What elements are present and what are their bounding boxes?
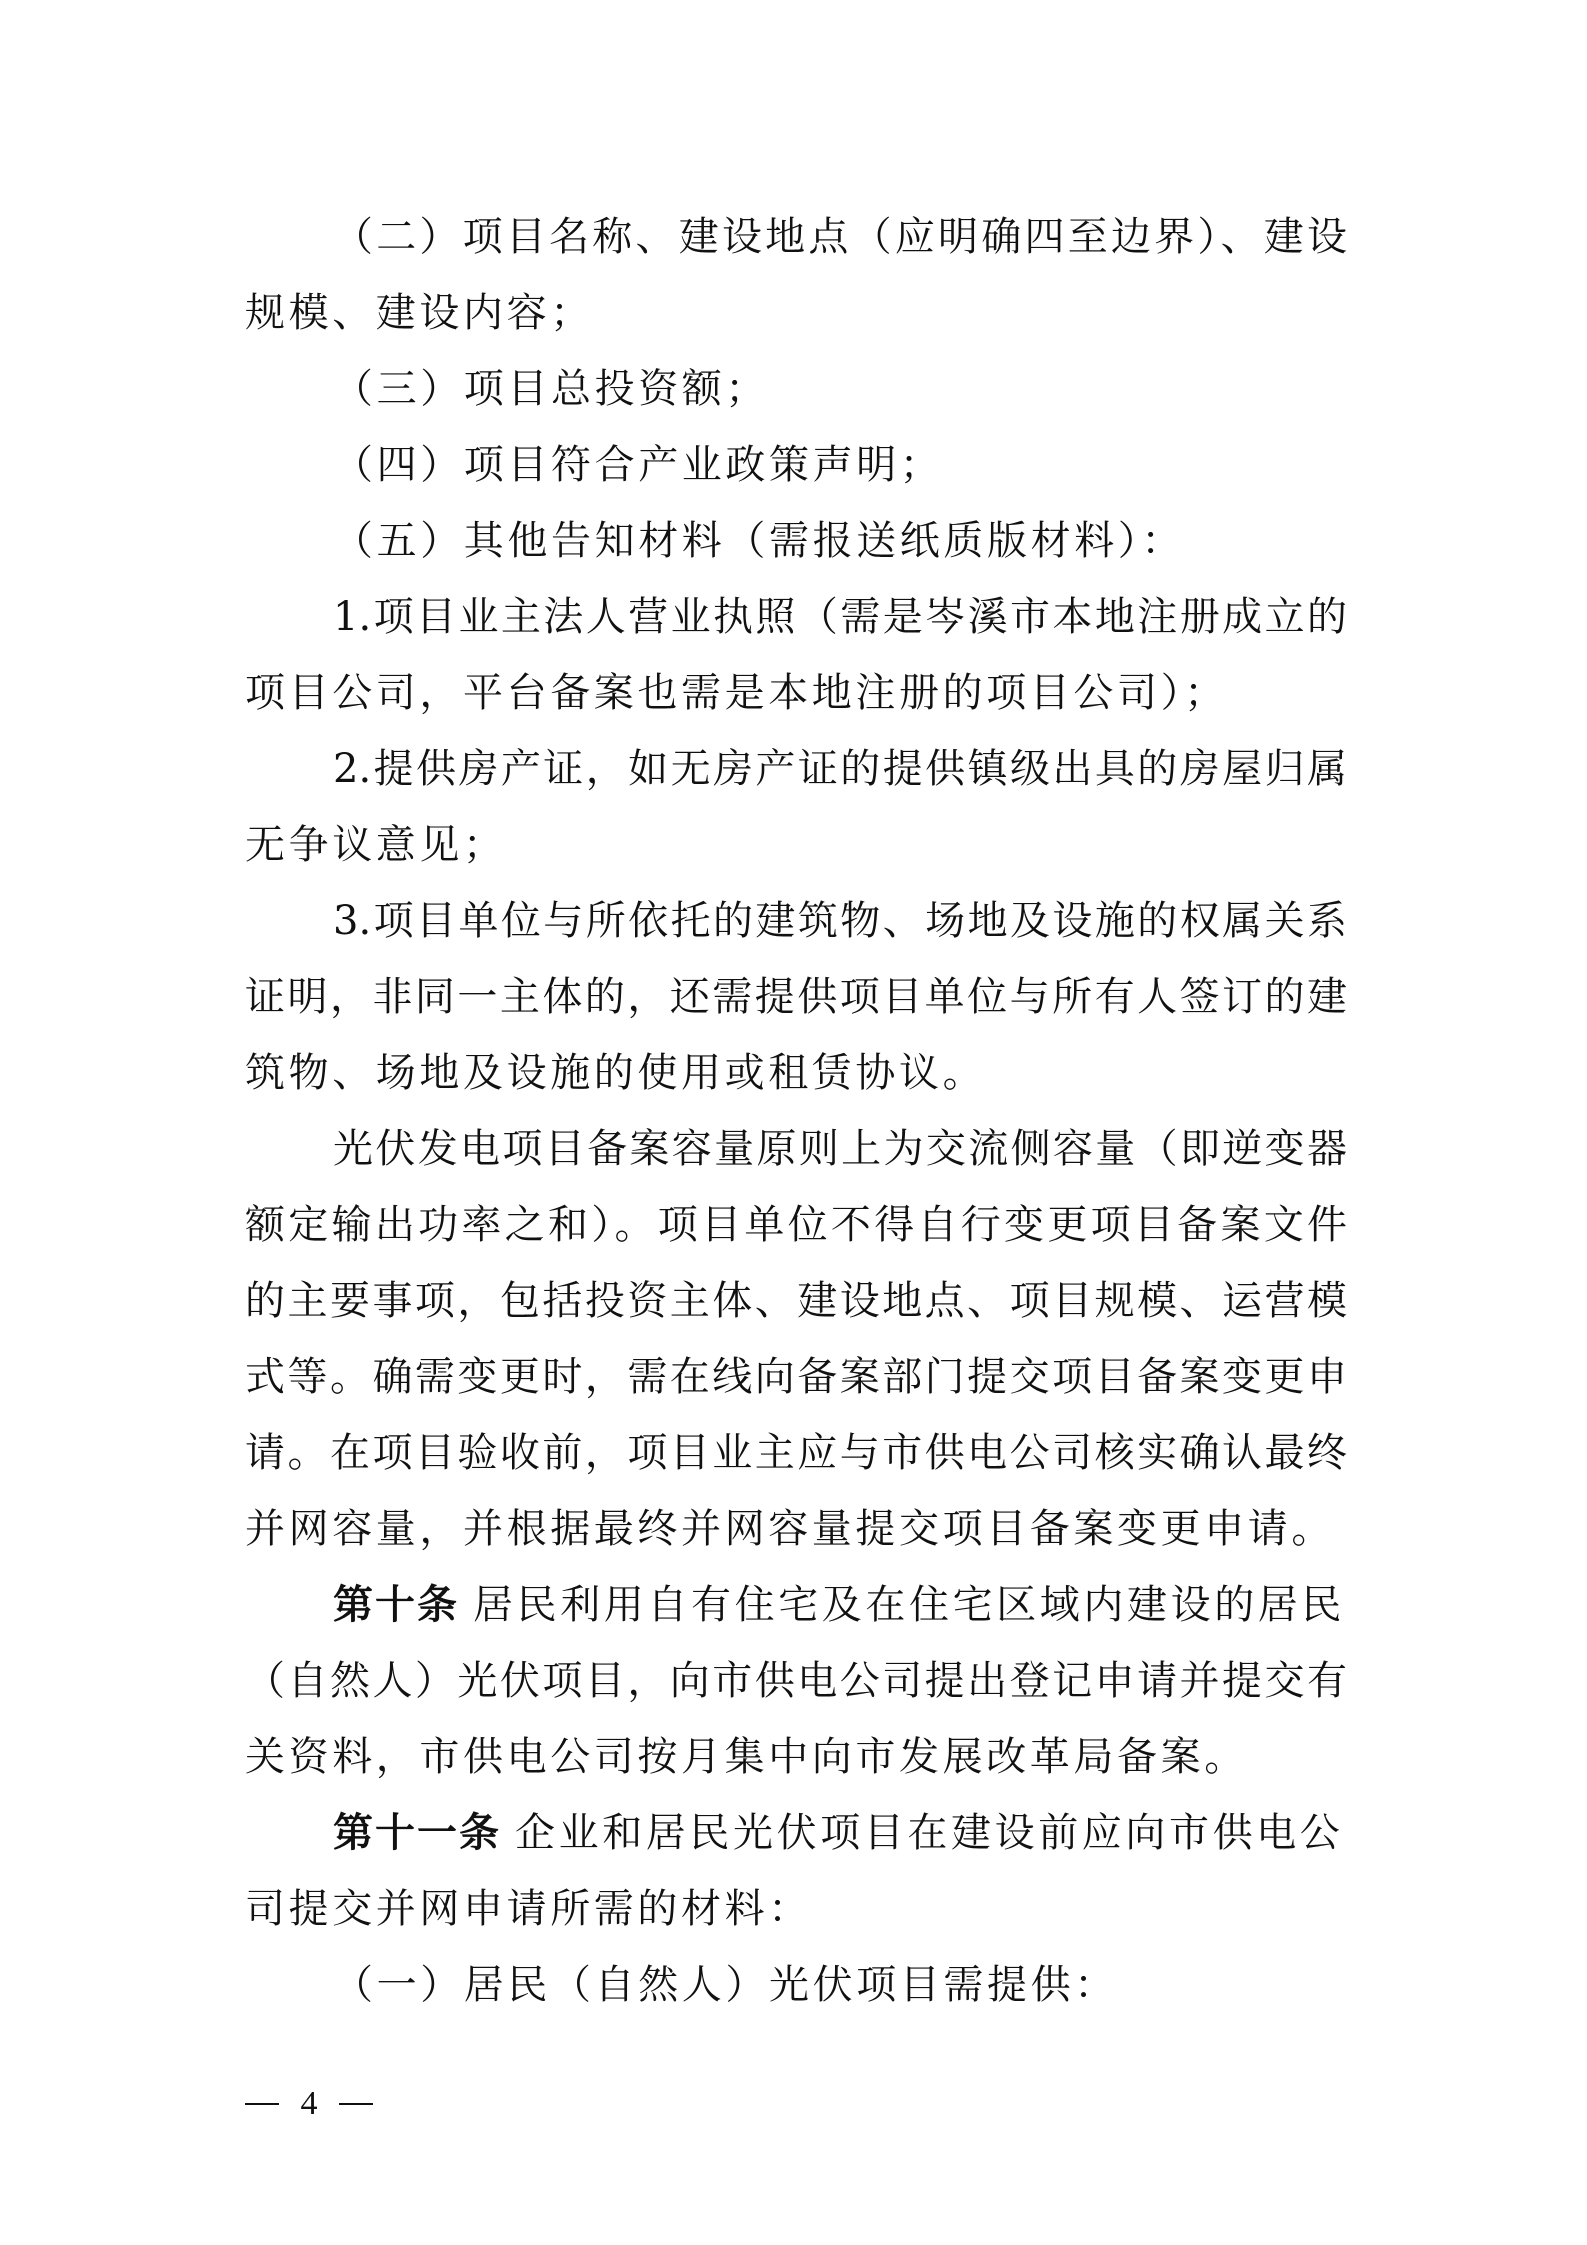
paragraph-line: 光伏发电项目备案容量原则上为交流侧容量（即逆变器 [245, 1111, 1347, 1187]
line-text: 司提交并网申请所需的材料： [245, 1886, 812, 1932]
paragraph-line: 式等。确需变更时，需在线向备案部门提交项目备案变更申 [245, 1339, 1347, 1415]
line-text: 光伏发电项目备案容量原则上为交流侧容量（即逆变器 [333, 1126, 1347, 1172]
paragraph-line: （四）项目符合产业政策声明； [245, 427, 1347, 503]
paragraph-line: 项目公司，平台备案也需是本地注册的项目公司）； [245, 655, 1347, 731]
paragraph-line: 规模、建设内容； [245, 275, 1347, 351]
paragraph-line: 2.提供房产证，如无房产证的提供镇级出具的房屋归属 [245, 731, 1347, 807]
line-text: 关资料，市供电公司按月集中向市发展改革局备案。 [245, 1734, 1248, 1780]
line-text: （五）其他告知材料（需报送纸质版材料）： [333, 518, 1185, 564]
page-number-dash-right [339, 2103, 373, 2105]
line-text: 并网容量，并根据最终并网容量提交项目备案变更申请。 [245, 1506, 1335, 1552]
line-text: 筑物、场地及设施的使用或租赁协议。 [245, 1050, 986, 1096]
page-number-dash-left [245, 2103, 279, 2105]
paragraph-line: 司提交并网申请所需的材料： [245, 1871, 1347, 1947]
paragraph-line: （一）居民（自然人）光伏项目需提供： [245, 1947, 1347, 2023]
paragraph-line: 额定输出功率之和）。项目单位不得自行变更项目备案文件 [245, 1187, 1347, 1263]
paragraph-line: （自然人）光伏项目，向市供电公司提出登记申请并提交有 [245, 1643, 1347, 1719]
line-text: 证明，非同一主体的，还需提供项目单位与所有人签订的建 [245, 974, 1347, 1020]
paragraph-line: 请。在项目验收前，项目业主应与市供电公司核实确认最终 [245, 1415, 1347, 1491]
line-text: （二）项目名称、建设地点（应明确四至边界）、建设 [333, 214, 1347, 260]
line-text: 无争议意见； [245, 822, 507, 868]
paragraph-line: 1.项目业主法人营业执照（需是岑溪市本地注册成立的 [245, 579, 1347, 655]
line-text: （四）项目符合产业政策声明； [333, 442, 943, 488]
page-number-value: 4 [279, 2082, 339, 2126]
line-text: 式等。确需变更时，需在线向备案部门提交项目备案变更申 [245, 1354, 1347, 1400]
paragraph-line: 的主要事项，包括投资主体、建设地点、项目规模、运营模 [245, 1263, 1347, 1339]
line-text: 1.项目业主法人营业执照（需是岑溪市本地注册成立的 [333, 594, 1347, 640]
line-text: 请。在项目验收前，项目业主应与市供电公司核实确认最终 [245, 1430, 1347, 1476]
article-11-line: 第十一条企业和居民光伏项目在建设前应向市供电公 [245, 1795, 1347, 1871]
paragraph-line: （三）项目总投资额； [245, 351, 1347, 427]
line-text: 2.提供房产证，如无房产证的提供镇级出具的房屋归属 [333, 746, 1347, 792]
document-page: （二）项目名称、建设地点（应明确四至边界）、建设 规模、建设内容； （三）项目总… [0, 0, 1587, 2245]
paragraph-line: （五）其他告知材料（需报送纸质版材料）： [245, 503, 1347, 579]
line-text: 的主要事项，包括投资主体、建设地点、项目规模、运营模 [245, 1278, 1347, 1324]
line-text: 居民利用自有住宅及在住宅区域内建设的居民 [473, 1582, 1345, 1628]
line-text: 3.项目单位与所依托的建筑物、场地及设施的权属关系 [333, 898, 1347, 944]
paragraph-line: 证明，非同一主体的，还需提供项目单位与所有人签订的建 [245, 959, 1347, 1035]
paragraph-line: 关资料，市供电公司按月集中向市发展改革局备案。 [245, 1719, 1347, 1795]
paragraph-line: 无争议意见； [245, 807, 1347, 883]
article-10-line: 第十条居民利用自有住宅及在住宅区域内建设的居民 [245, 1567, 1347, 1643]
line-text: （三）项目总投资额； [333, 366, 769, 412]
line-text: （自然人）光伏项目，向市供电公司提出登记申请并提交有 [245, 1658, 1347, 1704]
line-text: 规模、建设内容； [245, 290, 594, 336]
line-text: 项目公司，平台备案也需是本地注册的项目公司）； [245, 670, 1228, 716]
document-body: （二）项目名称、建设地点（应明确四至边界）、建设 规模、建设内容； （三）项目总… [245, 199, 1347, 2023]
paragraph-line: 3.项目单位与所依托的建筑物、场地及设施的权属关系 [245, 883, 1347, 959]
line-text: 企业和居民光伏项目在建设前应向市供电公 [515, 1810, 1343, 1856]
paragraph-line: 并网容量，并根据最终并网容量提交项目备案变更申请。 [245, 1491, 1347, 1567]
article-heading: 第十一条 [333, 1809, 501, 1856]
page-number: 4 [245, 2082, 373, 2126]
article-heading: 第十条 [333, 1581, 459, 1628]
paragraph-line: （二）项目名称、建设地点（应明确四至边界）、建设 [245, 199, 1347, 275]
paragraph-line: 筑物、场地及设施的使用或租赁协议。 [245, 1035, 1347, 1111]
line-text: （一）居民（自然人）光伏项目需提供： [333, 1962, 1118, 2008]
line-text: 额定输出功率之和）。项目单位不得自行变更项目备案文件 [245, 1202, 1347, 1248]
